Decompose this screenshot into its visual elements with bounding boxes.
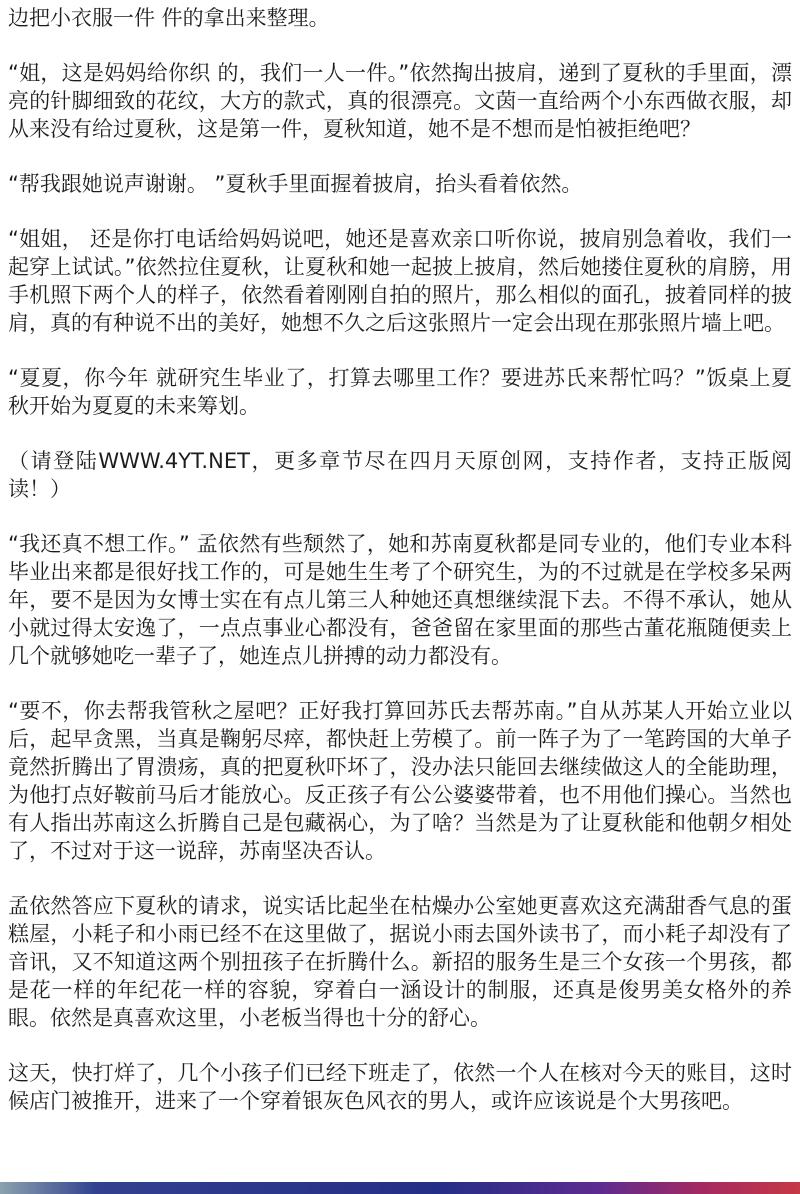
paragraph: “夏夏，你今年 就研究生毕业了，打算去哪里工作？要进苏氏来帮忙吗？”饭桌上夏秋开…	[8, 364, 792, 420]
text-body: 边把小衣服一件 件的拿出来整理。 “姐，这是妈妈给你织 的，我们一人一件。”依然…	[8, 4, 792, 1115]
novel-page: 边把小衣服一件 件的拿出来整理。 “姐，这是妈妈给你织 的，我们一人一件。”依然…	[0, 0, 800, 1115]
paragraph: “帮我跟她说声谢谢。 ”夏秋手里面握着披肩，抬头看着依然。	[8, 170, 792, 198]
paragraph: 边把小衣服一件 件的拿出来整理。	[8, 4, 792, 32]
paragraph: 孟依然答应下夏秋的请求，说实话比起坐在枯燥办公室她更喜欢这充满甜香气息的蛋糕屋，…	[8, 892, 792, 1032]
paragraph: “我还真不想工作。” 孟依然有些颓然了，她和苏南夏秋都是同专业的，他们专业本科毕…	[8, 530, 792, 670]
paragraph: “姐，这是妈妈给你织 的，我们一人一件。”依然掏出披肩，递到了夏秋的手里面，漂亮…	[8, 59, 792, 143]
paragraph-site-notice: （请登陆WWW.4YT.NET，更多章节尽在四月天原创网，支持作者，支持正版阅读…	[8, 447, 792, 503]
paragraph: “要不，你去帮我管秋之屋吧？正好我打算回苏氏去帮苏南。”自从苏某人开始立业以后，…	[8, 697, 792, 865]
paragraph: 这天，快打烊了，几个小孩子们已经下班走了，依然一个人在核对今天的账目，这时候店门…	[8, 1059, 792, 1115]
paragraph: “姐姐， 还是你打电话给妈妈说吧，她还是喜欢亲口听你说，披肩别急着收，我们一起穿…	[8, 225, 792, 337]
footer-gradient-bar	[0, 1182, 800, 1194]
